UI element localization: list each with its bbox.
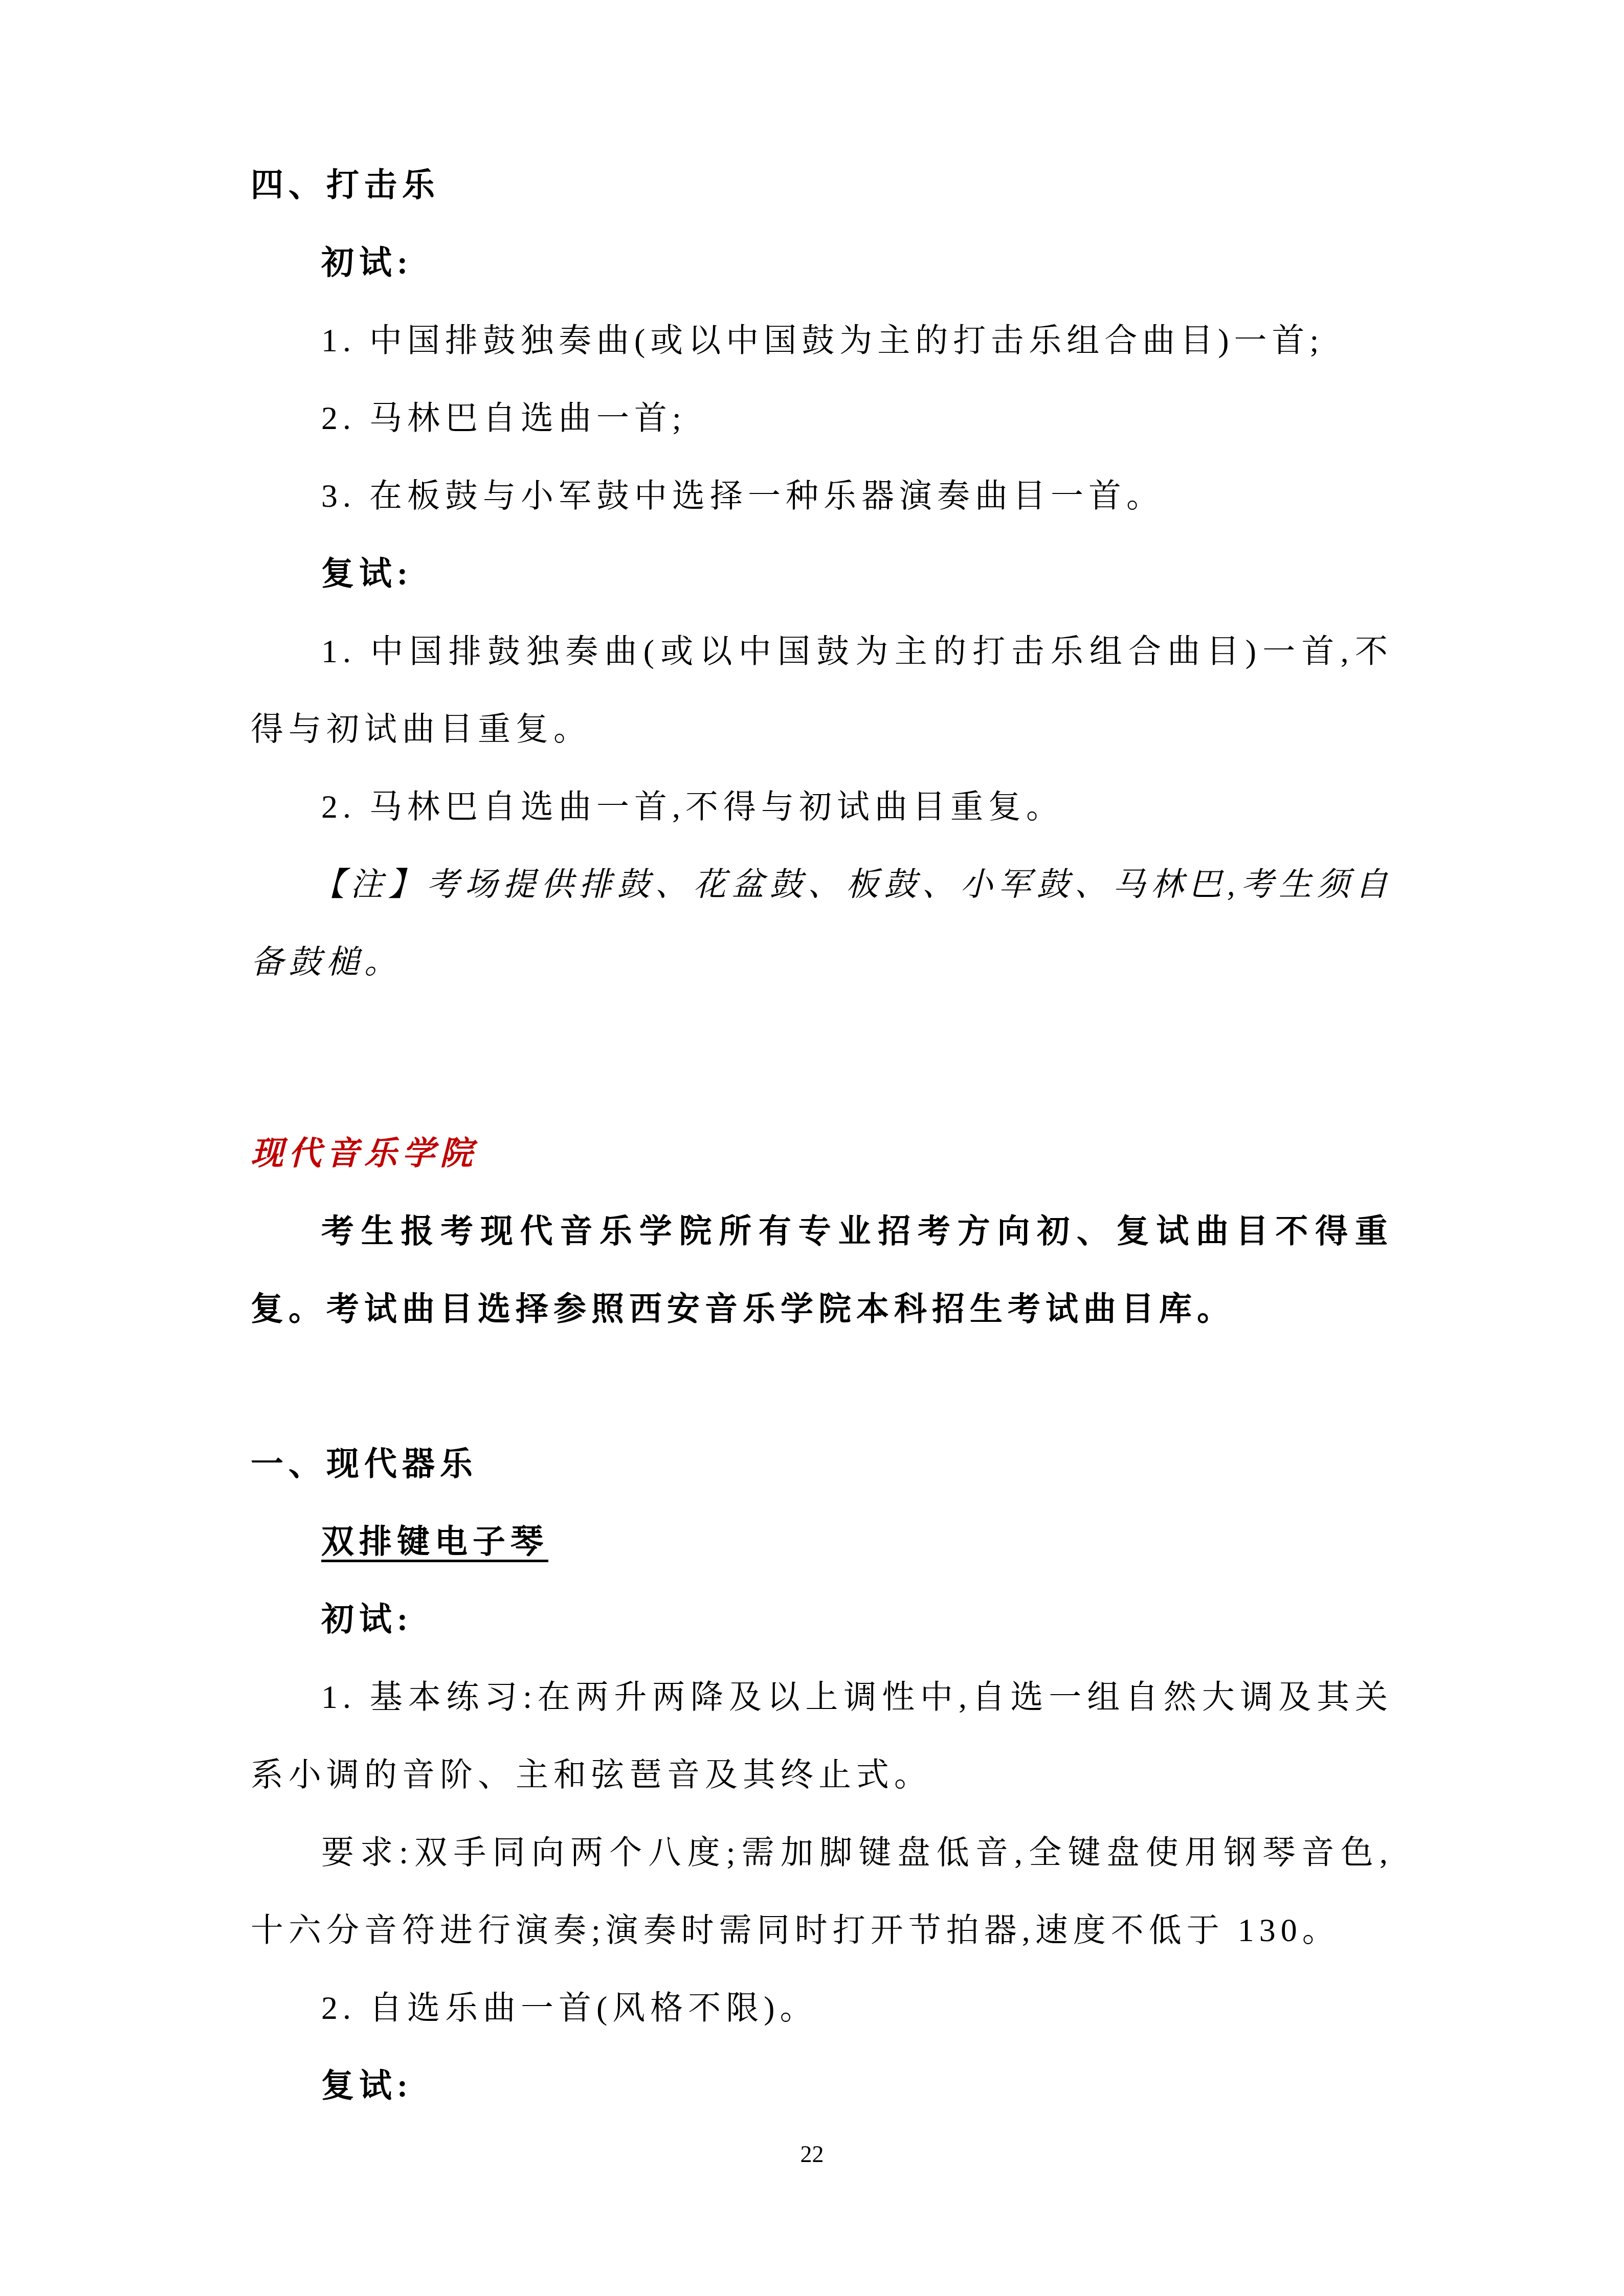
organ-first-round-label: 初试:	[251, 1581, 1393, 1658]
document-page: 四、打击乐 初试: 1. 中国排鼓独奏曲(或以中国鼓为主的打击乐组合曲目)一首;…	[0, 0, 1624, 2296]
document-content: 四、打击乐 初试: 1. 中国排鼓独奏曲(或以中国鼓为主的打击乐组合曲目)一首;…	[251, 146, 1393, 2125]
modern-instruments-subsection-heading: 一、现代器乐	[251, 1425, 1393, 1503]
organ-second-round-label: 复试:	[251, 2047, 1393, 2125]
modern-music-school-title: 现代音乐学院	[251, 1115, 1393, 1192]
percussion-section-heading: 四、打击乐	[251, 146, 1393, 224]
percussion-second-round-item-1: 1. 中国排鼓独奏曲(或以中国鼓为主的打击乐组合曲目)一首,不得与初试曲目重复。	[251, 613, 1393, 768]
organ-first-round-item-2: 2. 自选乐曲一首(风格不限)。	[251, 1969, 1393, 2047]
percussion-first-round-item-2: 2. 马林巴自选曲一首;	[251, 379, 1393, 457]
instrument-heading-text: 双排键电子琴	[321, 1523, 548, 1560]
modern-school-intro-paragraph: 考生报考现代音乐学院所有专业招考方向初、复试曲目不得重复。考试曲目选择参照西安音…	[251, 1192, 1393, 1348]
page-number: 22	[0, 2143, 1624, 2166]
percussion-second-round-item-2: 2. 马林巴自选曲一首,不得与初试曲目重复。	[251, 768, 1393, 846]
percussion-second-round-label: 复试:	[251, 535, 1393, 613]
percussion-first-round-label: 初试:	[251, 224, 1393, 302]
percussion-first-round-item-3: 3. 在板鼓与小军鼓中选择一种乐器演奏曲目一首。	[251, 457, 1393, 535]
instrument-heading-electronic-organ: 双排键电子琴	[251, 1503, 1393, 1581]
organ-first-round-item-1: 1. 基本练习:在两升两降及以上调性中,自选一组自然大调及其关系小调的音阶、主和…	[251, 1658, 1393, 1814]
percussion-note: 【注】考场提供排鼓、花盆鼓、板鼓、小军鼓、马林巴,考生须自备鼓槌。	[251, 846, 1393, 1001]
organ-item-1-requirement: 要求:双手同向两个八度;需加脚键盘低音,全键盘使用钢琴音色,十六分音符进行演奏;…	[251, 1814, 1393, 1969]
percussion-first-round-item-1: 1. 中国排鼓独奏曲(或以中国鼓为主的打击乐组合曲目)一首;	[251, 302, 1393, 379]
